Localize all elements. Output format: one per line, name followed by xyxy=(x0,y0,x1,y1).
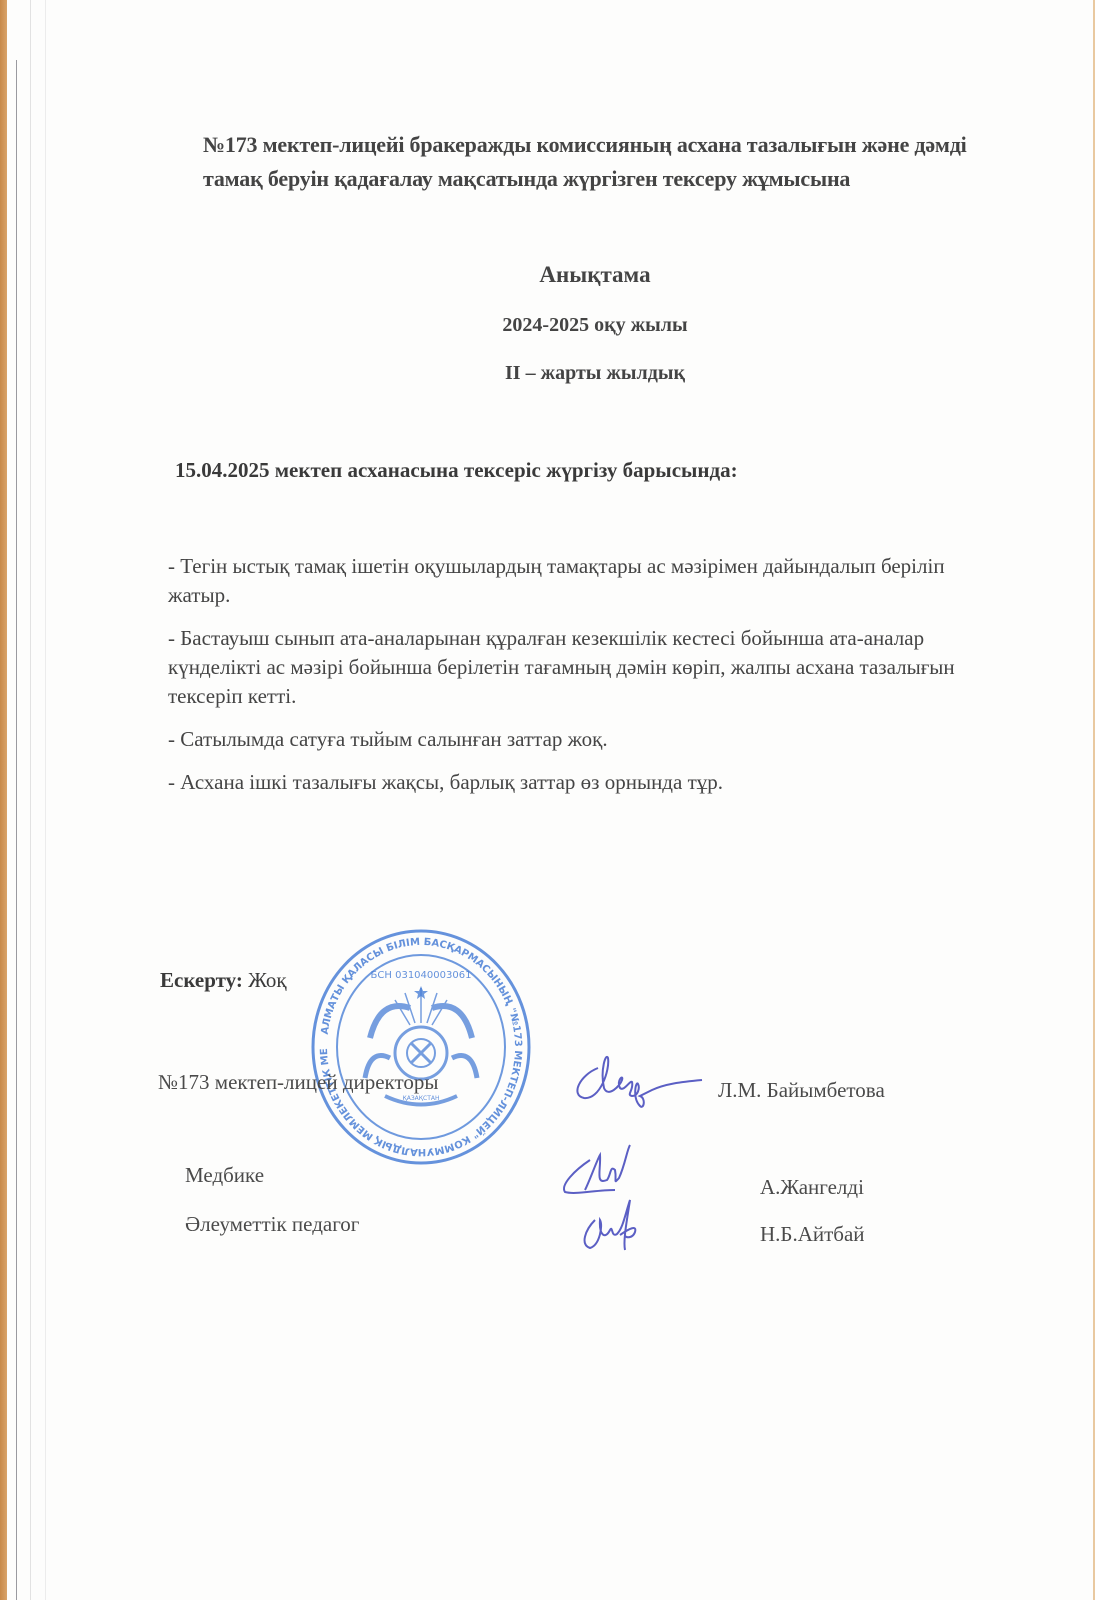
page-stack-line xyxy=(16,60,17,1600)
finding-item: - Сатылымда сатуға тыйым салынған заттар… xyxy=(168,725,998,754)
finding-item: - Тегін ыстық тамақ ішетін оқушылардың т… xyxy=(168,552,998,610)
svg-text:ҚАЗАҚСТАН: ҚАЗАҚСТАН xyxy=(402,1095,439,1102)
term: ІІ – жарты жылдық xyxy=(0,362,1095,385)
signatory-name-social-pedagogue: Н.Б.Айтбай xyxy=(760,1222,865,1247)
signatory-role-nurse: Медбике xyxy=(185,1163,264,1188)
signature-social-pedagogue-icon xyxy=(575,1190,655,1255)
document-heading: Анықтама xyxy=(0,262,1095,288)
official-stamp-icon: АЛМАТЫ ҚАЛАСЫ БІЛІМ БАСҚАРМАСЫНЫҢ "№173 … xyxy=(310,928,532,1166)
inspection-intro: 15.04.2025 мектеп асханасына тексеріс жү… xyxy=(175,458,738,483)
page-stack-line xyxy=(45,0,46,1600)
page-stack-line xyxy=(30,0,31,1600)
signature-director-icon xyxy=(570,1040,710,1120)
academic-year: 2024-2025 оқу жылы xyxy=(0,314,1095,337)
findings-list: - Тегін ыстық тамақ ішетін оқушылардың т… xyxy=(168,552,998,811)
note-label: Ескерту: xyxy=(160,968,243,992)
page-edge-left xyxy=(0,0,7,1600)
note-value: Жоқ xyxy=(248,968,286,992)
svg-text:БСН 031040003061: БСН 031040003061 xyxy=(371,970,472,981)
document-header-title: №173 мектеп-лицейі бракеражды комиссияны… xyxy=(203,128,1003,196)
finding-item: - Асхана ішкі тазалығы жақсы, барлық зат… xyxy=(168,768,998,797)
svg-text:АЛМАТЫ ҚАЛАСЫ БІЛІМ БАСҚАРМАСЫ: АЛМАТЫ ҚАЛАСЫ БІЛІМ БАСҚАРМАСЫНЫҢ "№173 … xyxy=(310,928,523,1157)
signatory-role-social-pedagogue: Әлеуметтік педагог xyxy=(185,1212,359,1237)
signatory-role-director: №173 мектеп-лицей директоры xyxy=(158,1070,439,1095)
note: Ескерту: Жоқ xyxy=(160,968,287,993)
signatory-name-director: Л.М. Байымбетова xyxy=(718,1078,885,1103)
finding-item: - Бастауыш сынып ата-аналарынан құралған… xyxy=(168,624,998,711)
signatory-name-nurse: А.Жангелді xyxy=(760,1175,864,1200)
